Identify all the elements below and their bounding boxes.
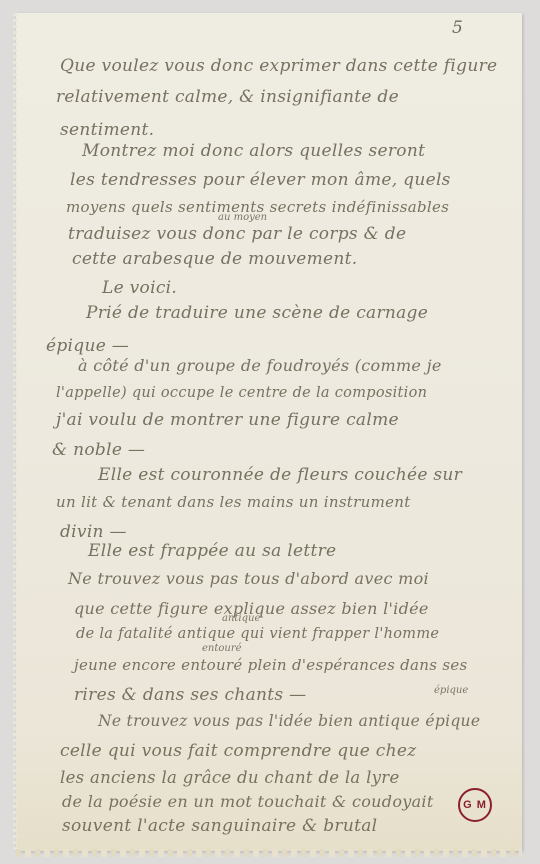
manuscript-line: traduisez vous donc par le corps & de <box>68 224 406 244</box>
manuscript-line: les anciens la grâce du chant de la lyre <box>60 768 400 787</box>
manuscript-line: & noble — <box>52 440 145 460</box>
manuscript-line: à côté d'un groupe de foudroyés (comme j… <box>78 356 442 375</box>
manuscript-insertion: au moyen <box>218 212 267 223</box>
manuscript-line: Prié de traduire une scène de carnage <box>86 303 428 323</box>
manuscript-line: sentiment. <box>60 120 154 140</box>
manuscript-line: de la poésie en un mot touchait & coudoy… <box>62 792 434 811</box>
manuscript-line: les tendresses pour élever mon âme, quel… <box>70 170 451 190</box>
manuscript-line: rires & dans ses chants — <box>74 685 306 705</box>
manuscript-line: Que voulez vous donc exprimer dans cette… <box>60 56 497 76</box>
manuscript-line: j'ai voulu de montrer une figure calme <box>56 410 399 430</box>
manuscript-line: cette arabesque de mouvement. <box>72 249 357 269</box>
manuscript-insertion: épique <box>434 685 468 696</box>
stamp-text: G M <box>463 799 487 811</box>
manuscript-line: Ne trouvez vous pas tous d'abord avec mo… <box>68 569 429 588</box>
manuscript-line: jeune encore entouré plein d'espérances … <box>74 656 468 674</box>
manuscript-line: souvent l'acte sanguinaire & brutal <box>62 816 377 836</box>
manuscript-line: un lit & tenant dans les mains un instru… <box>56 493 411 511</box>
manuscript-line: de la fatalité antique qui vient frapper… <box>76 626 439 642</box>
manuscript-line: épique — <box>46 336 129 356</box>
page-number: 5 <box>452 18 463 38</box>
collection-stamp: G M <box>458 788 492 822</box>
manuscript-insertion: antique <box>222 613 260 624</box>
manuscript-page: 5 Que voulez vous donc exprimer dans cet… <box>16 13 522 851</box>
manuscript-line: Montrez moi donc alors quelles seront <box>82 141 425 161</box>
manuscript-line: Ne trouvez vous pas l'idée bien antique … <box>98 712 480 730</box>
manuscript-line: divin — <box>60 522 127 542</box>
manuscript-line: Elle est frappée au sa lettre <box>88 541 336 561</box>
manuscript-line: relativement calme, & insignifiante de <box>56 87 399 107</box>
manuscript-line: l'appelle) qui occupe le centre de la co… <box>56 385 427 401</box>
manuscript-insertion: entouré <box>202 643 242 654</box>
manuscript-line: celle qui vous fait comprendre que chez <box>60 741 416 761</box>
manuscript-line: Elle est couronnée de fleurs couchée sur <box>98 465 462 485</box>
manuscript-line: Le voici. <box>102 278 177 298</box>
